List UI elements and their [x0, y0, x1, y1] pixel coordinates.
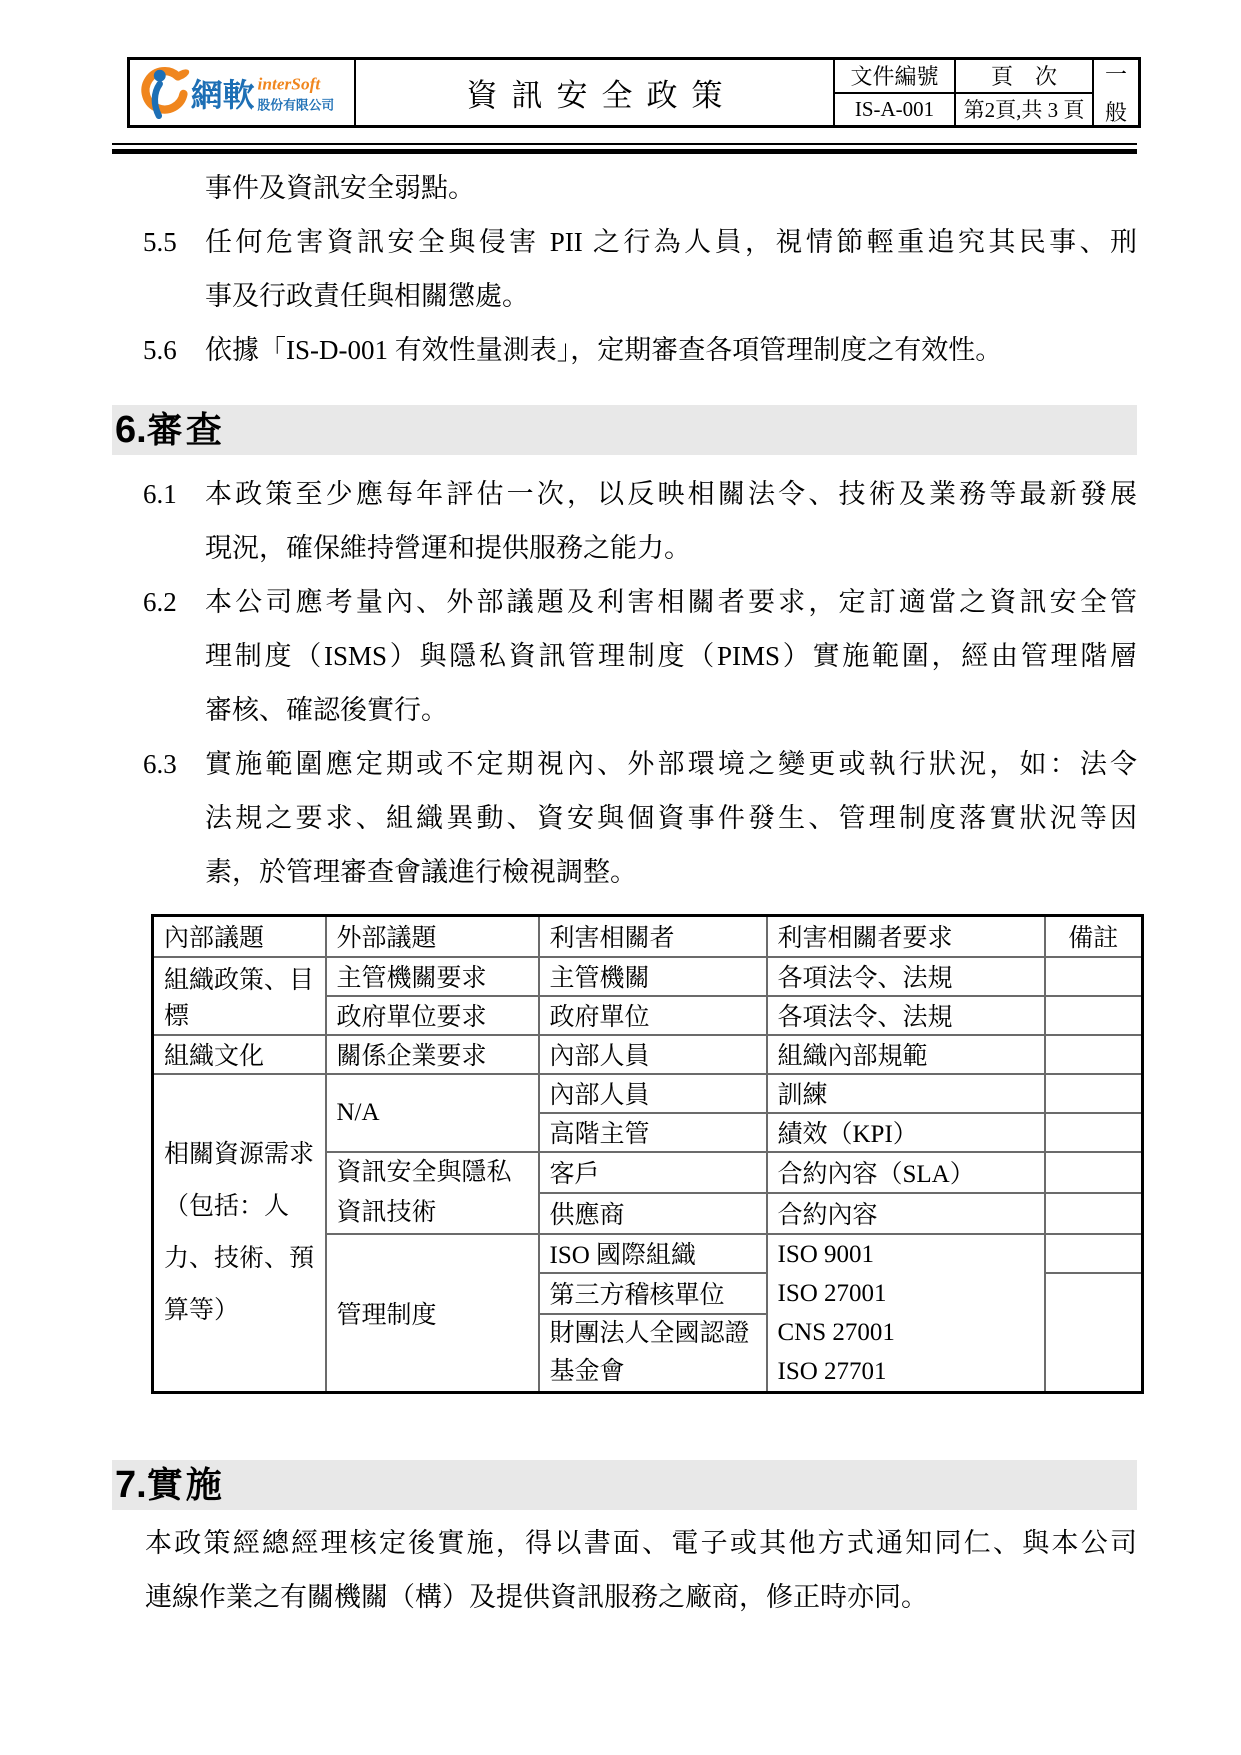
cell-stakeholder: 供應商 — [539, 1193, 767, 1234]
clause-number: 5.6 — [143, 323, 177, 377]
section-number: 6. — [115, 405, 147, 455]
cell-stakeholder: 第三方稽核單位 — [539, 1273, 767, 1314]
logo-text-cn: 網軟 — [191, 77, 255, 112]
body-line: 本政策經總經理核定後實施，得以書面、電子或其他方式通知同仁、與本公司 — [145, 1516, 1137, 1570]
doc-number-value: IS-A-001 — [835, 94, 954, 126]
section-heading-6: 6.審查 — [112, 405, 1137, 455]
cell-requirement: 各項法令、法規 — [767, 957, 1045, 996]
col-header-internal-issues: 內部議題 — [153, 916, 326, 957]
section-number: 7. — [115, 1460, 147, 1510]
paragraph-5-6: 5.6 依據「IS-D-001 有效性量測表」，定期審查各項管理制度之有效性。 — [112, 323, 1137, 377]
cell-stakeholder: ISO 國際組織 — [539, 1234, 767, 1273]
paragraph-5-5: 5.5 任何危害資訊安全與侵害 PII 之行為人員，視情節輕重追究其民事、刑事及… — [112, 215, 1137, 323]
table-row: 組織文化 關係企業要求 內部人員 組織內部規範 — [153, 1035, 1143, 1074]
doc-number-label: 文件編號 — [835, 60, 954, 94]
cell-requirement: 合約內容（SLA） — [767, 1152, 1045, 1193]
cell-requirement: 績效（KPI） — [767, 1113, 1045, 1152]
clause-number: 6.3 — [143, 737, 177, 791]
body-line: 素，於管理審查會議進行檢視調整。 — [205, 845, 1137, 899]
document-title: 資訊安全政策 — [354, 60, 833, 125]
body-line: 本公司應考量內、外部議題及利害相關者要求，定訂適當之資訊安全管 — [205, 575, 1137, 629]
paragraph-6-3: 6.3 實施範圍應定期或不定期視內、外部環境之變更或執行狀況，如：法令法規之要求… — [112, 737, 1137, 899]
body-line: 理制度（ISMS）與隱私資訊管理制度（PIMS）實施範圍，經由管理階層 — [205, 629, 1137, 683]
body-line: 本政策至少應每年評估一次，以反映相關法令、技術及業務等最新發展 — [205, 467, 1137, 521]
standard-line: ISO 27701 — [778, 1352, 1034, 1391]
cell-external-issue: 關係企業要求 — [326, 1035, 539, 1074]
doc-number-cell: 文件編號 IS-A-001 — [833, 60, 954, 125]
paragraph-7: 本政策經總經理核定後實施，得以書面、電子或其他方式通知同仁、與本公司連線作業之有… — [112, 1516, 1137, 1624]
body-line: 任何危害資訊安全與侵害 PII 之行為人員，視情節輕重追究其民事、刑 — [205, 215, 1137, 269]
body-line: 連線作業之有關機關（構）及提供資訊服務之廠商，修正時亦同。 — [145, 1570, 1137, 1624]
document-body: 事件及資訊安全弱點。 5.5 任何危害資訊安全與侵害 PII 之行為人員，視情節… — [112, 157, 1137, 1624]
cell-remark — [1045, 1035, 1143, 1074]
cell-remark — [1045, 1152, 1143, 1193]
logo-mark-icon — [145, 67, 190, 116]
cell-remark — [1045, 1234, 1143, 1273]
standard-line: ISO 27001 — [778, 1274, 1034, 1313]
cell-internal-issue: 組織政策、目標 — [153, 957, 326, 1035]
cell-external-issue: 資訊安全與隱私資訊技術 — [326, 1152, 539, 1234]
page-number-value: 第2頁,共 3 頁 — [956, 94, 1092, 126]
col-header-external-issues: 外部議題 — [326, 916, 539, 957]
clause-number: 6.1 — [143, 467, 177, 521]
cell-external-issue: 管理制度 — [326, 1234, 539, 1393]
clause-number: 6.2 — [143, 575, 177, 629]
cell-remark — [1045, 1193, 1143, 1234]
clause-text: 本公司應考量內、外部議題及利害相關者要求，定訂適當之資訊安全管理制度（ISMS）… — [205, 575, 1137, 737]
document-header: 網軟 interSoft 股份有限公司 資訊安全政策 文件編號 IS-A-001… — [127, 57, 1141, 128]
col-header-remarks: 備註 — [1045, 916, 1143, 957]
company-logo: 網軟 interSoft 股份有限公司 — [130, 60, 354, 125]
logo-text-sub: 股份有限公司 — [258, 97, 335, 112]
cell-requirement-standards: ISO 9001ISO 27001CNS 27001ISO 27701 — [767, 1234, 1045, 1393]
cell-internal-issue: 組織文化 — [153, 1035, 326, 1074]
header-rule-thick — [112, 149, 1137, 154]
logo-text-en: interSoft — [258, 74, 322, 93]
body-line: 法規之要求、組織異動、資安與個資事件發生、管理制度落實狀況等因 — [205, 791, 1137, 845]
page-number-cell: 頁 次 第2頁,共 3 頁 — [954, 60, 1092, 125]
section-title: 審查 — [147, 405, 225, 455]
cell-external-issue: N/A — [326, 1074, 539, 1152]
table-row: 組織政策、目標 主管機關要求 主管機關 各項法令、法規 — [153, 957, 1143, 996]
clause-number: 5.5 — [143, 215, 177, 269]
cell-external-issue: 政府單位要求 — [326, 996, 539, 1035]
table-row: 相關資源需求（包括：人力、技術、預算等） N/A 內部人員 訓練 — [153, 1074, 1143, 1113]
logo-graphic: 網軟 interSoft 股份有限公司 — [136, 64, 348, 122]
cell-external-issue: 主管機關要求 — [326, 957, 539, 996]
section-heading-7: 7.實施 — [112, 1460, 1137, 1510]
section-title: 實施 — [147, 1460, 225, 1510]
body-line: 審核、確認後實行。 — [205, 683, 1137, 737]
col-header-stakeholder-requirements: 利害相關者要求 — [767, 916, 1045, 957]
cell-remark — [1045, 1074, 1143, 1113]
clause-text: 本政策至少應每年評估一次，以反映相關法令、技術及業務等最新發展現況，確保維持營運… — [205, 467, 1137, 575]
cell-stakeholder: 政府單位 — [539, 996, 767, 1035]
table-header-row: 內部議題 外部議題 利害相關者 利害相關者要求 備註 — [153, 916, 1143, 957]
cell-stakeholder: 主管機關 — [539, 957, 767, 996]
cell-stakeholder: 內部人員 — [539, 1035, 767, 1074]
standard-line: CNS 27001 — [778, 1313, 1034, 1352]
classification-char: 一 — [1105, 58, 1127, 89]
paragraph-6-1: 6.1 本政策至少應每年評估一次，以反映相關法令、技術及業務等最新發展現況，確保… — [112, 467, 1137, 575]
cell-requirement: 組織內部規範 — [767, 1035, 1045, 1074]
cell-requirement: 訓練 — [767, 1074, 1045, 1113]
document-page: 網軟 interSoft 股份有限公司 資訊安全政策 文件編號 IS-A-001… — [0, 0, 1241, 1755]
paragraph-6-2: 6.2 本公司應考量內、外部議題及利害相關者要求，定訂適當之資訊安全管理制度（I… — [112, 575, 1137, 737]
cell-remark — [1045, 957, 1143, 996]
cell-stakeholder: 高階主管 — [539, 1113, 767, 1152]
standard-line: ISO 9001 — [778, 1235, 1034, 1274]
cell-remark — [1045, 1273, 1143, 1393]
cell-remark — [1045, 996, 1143, 1035]
cell-stakeholder: 財團法人全國認證基金會 — [539, 1314, 767, 1393]
cell-stakeholder: 客戶 — [539, 1152, 767, 1193]
clause-text: 任何危害資訊安全與侵害 PII 之行為人員，視情節輕重追究其民事、刑事及行政責任… — [205, 215, 1137, 323]
body-line: 事件及資訊安全弱點。 — [205, 161, 1137, 215]
cell-stakeholder: 內部人員 — [539, 1074, 767, 1113]
col-header-stakeholders: 利害相關者 — [539, 916, 767, 957]
page-number-label: 頁 次 — [956, 60, 1092, 94]
paragraph-continuation: 事件及資訊安全弱點。 — [112, 161, 1137, 215]
classification-char: 般 — [1105, 96, 1127, 127]
clause-text: 依據「IS-D-001 有效性量測表」，定期審查各項管理制度之有效性。 — [205, 323, 1137, 377]
issues-table: 內部議題 外部議題 利害相關者 利害相關者要求 備註 組織政策、目標 主管機關要… — [151, 914, 1144, 1394]
cell-requirement: 合約內容 — [767, 1193, 1045, 1234]
classification-cell: 一 般 — [1092, 60, 1138, 125]
clause-text: 實施範圍應定期或不定期視內、外部環境之變更或執行狀況，如：法令法規之要求、組織異… — [205, 737, 1137, 899]
header-rule-thin — [112, 143, 1137, 145]
cell-remark — [1045, 1113, 1143, 1152]
cell-internal-issue: 相關資源需求（包括：人力、技術、預算等） — [153, 1074, 326, 1393]
cell-requirement: 各項法令、法規 — [767, 996, 1045, 1035]
body-line: 事及行政責任與相關懲處。 — [205, 269, 1137, 323]
body-line: 依據「IS-D-001 有效性量測表」，定期審查各項管理制度之有效性。 — [205, 323, 1137, 377]
body-line: 現況，確保維持營運和提供服務之能力。 — [205, 521, 1137, 575]
body-line: 實施範圍應定期或不定期視內、外部環境之變更或執行狀況，如：法令 — [205, 737, 1137, 791]
